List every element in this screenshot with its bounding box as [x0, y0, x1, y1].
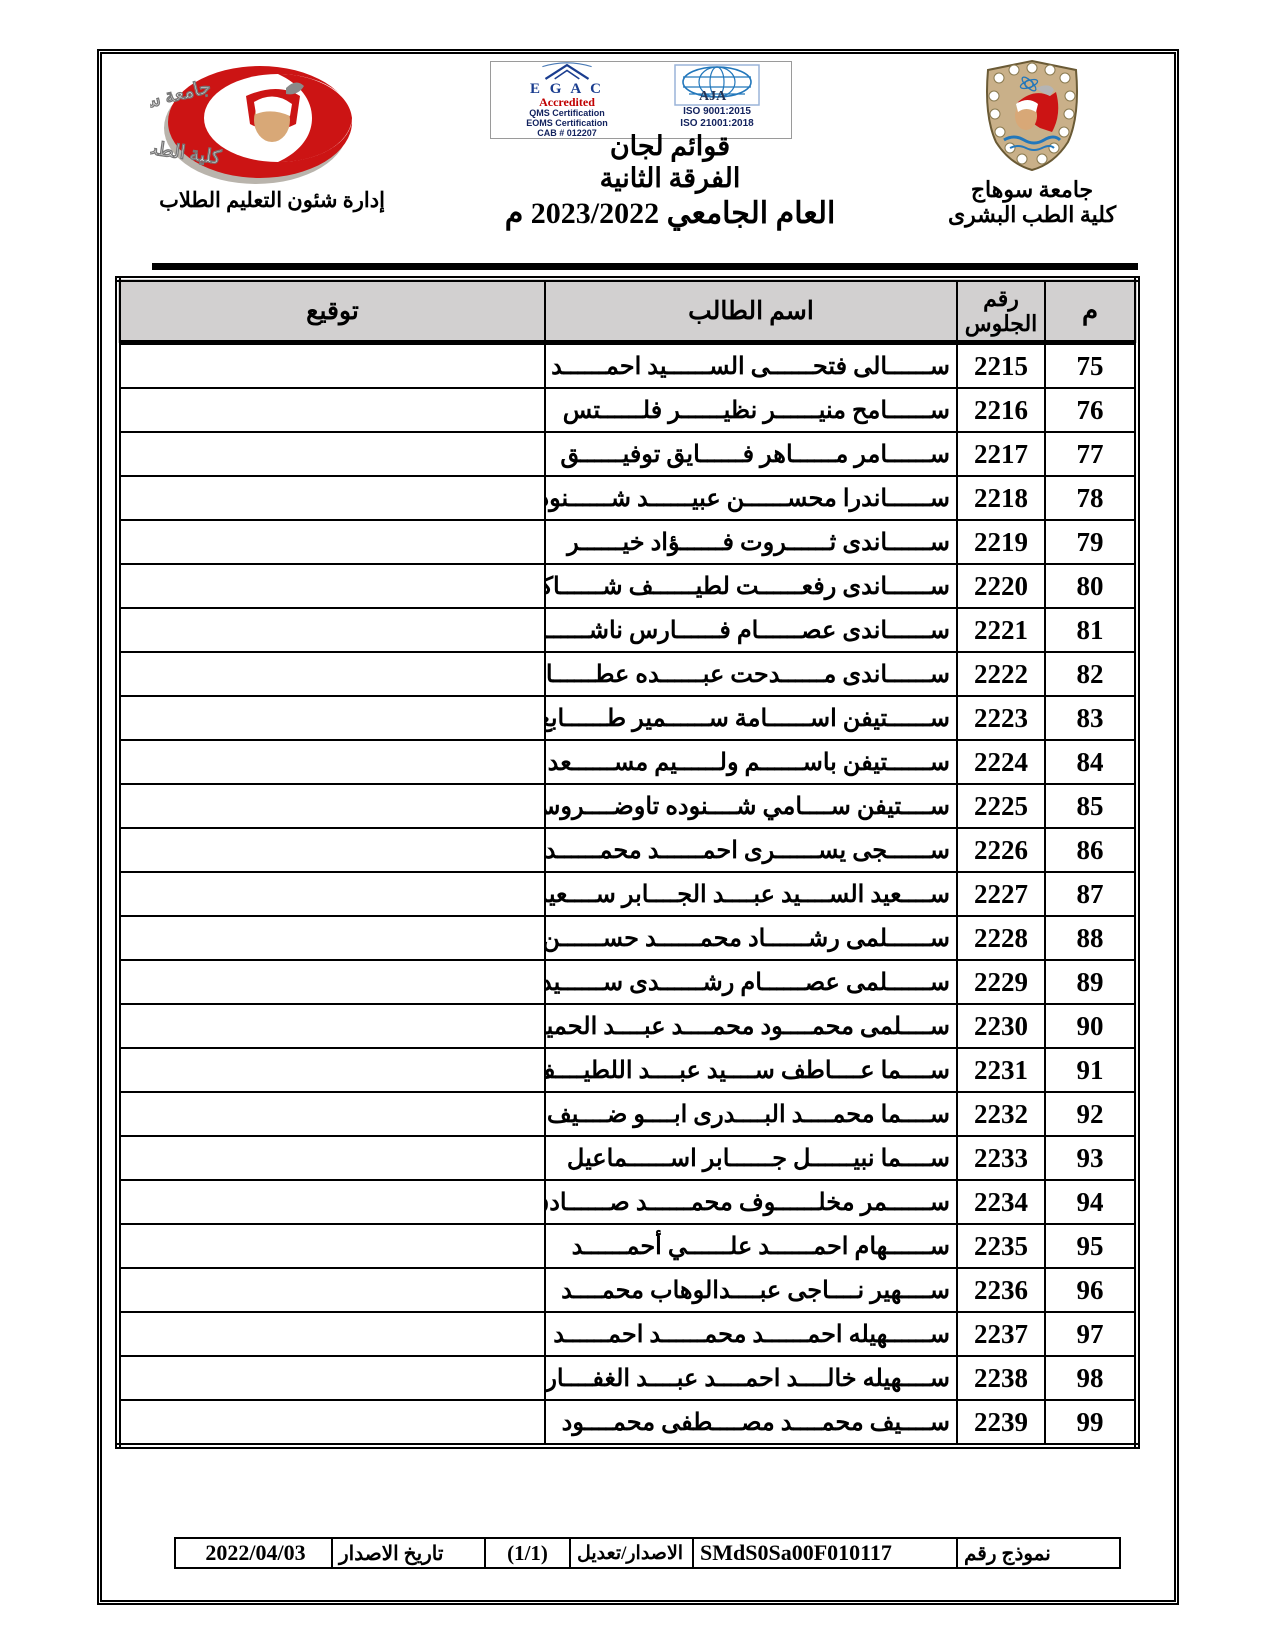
- serial-cell: 99: [1045, 1400, 1137, 1446]
- student-name-cell: ســــــاندى عصــــــام فــــــارس ناشـــ…: [545, 608, 957, 652]
- serial-cell: 90: [1045, 1004, 1137, 1048]
- serial-cell: 97: [1045, 1312, 1137, 1356]
- signature-cell: [118, 1092, 545, 1136]
- page-title: قوائم لجان: [430, 131, 910, 162]
- student-name-cell: ســــــاندى مــــــدحت عبــــــده عطــــ…: [545, 652, 957, 696]
- form-number-code: SMdS0Sa00F010117: [692, 1539, 956, 1567]
- table-row: 762216ســــــامح منيــــــر نظيــــــر ف…: [118, 388, 1137, 432]
- iso-line: ISO 21001:2018: [680, 118, 753, 130]
- student-name-cell: ســــيف محمــــد مصــــطفى محمــــود: [545, 1400, 957, 1446]
- issue-date-label: تاريخ الاصدار: [331, 1539, 484, 1567]
- seat-number-cell: 2235: [957, 1224, 1045, 1268]
- seat-number-cell: 2229: [957, 960, 1045, 1004]
- signature-cell: [118, 1048, 545, 1092]
- table-row: 852225ســــتيفن ســــامي شــــنوده تاوضـ…: [118, 784, 1137, 828]
- seat-number-cell: 2218: [957, 476, 1045, 520]
- signature-cell: [118, 608, 545, 652]
- faculty-crescent-logo: جامعة سوهاج كلية الطب: [150, 58, 370, 190]
- seat-number-cell: 2226: [957, 828, 1045, 872]
- table-row: 982238ســــهيله خالــــد احمــــد عبــــ…: [118, 1356, 1137, 1400]
- seat-number-cell: 2233: [957, 1136, 1045, 1180]
- table-row: 862226ســــــجى يســــــرى احمــــــد مح…: [118, 828, 1137, 872]
- table-row: 792219ســــــاندى ثــــــروت فــــــؤاد …: [118, 520, 1137, 564]
- serial-cell: 95: [1045, 1224, 1137, 1268]
- egac-cert-line: EOMS Certification: [526, 118, 608, 128]
- student-name-cell: ســــــلمى عصــــــام رشــــــدى ســــــ…: [545, 960, 957, 1004]
- table-row: 902230ســــلمى محمــــود محمــــد عبــــ…: [118, 1004, 1137, 1048]
- table-row: 842224ســــــتيفن باســــــم ولــــــيم …: [118, 740, 1137, 784]
- table-row: 932233ســــما نبيــــــل جــــــابر اســ…: [118, 1136, 1137, 1180]
- table-row: 962236ســــهير نــــاجى عبــــدالوهاب مح…: [118, 1268, 1137, 1312]
- seat-number-cell: 2234: [957, 1180, 1045, 1224]
- table-row: 772217ســــــامر مــــــاهر فــــــايق ت…: [118, 432, 1137, 476]
- serial-cell: 96: [1045, 1268, 1137, 1312]
- signature-cell: [118, 652, 545, 696]
- seat-number-cell: 2223: [957, 696, 1045, 740]
- table-row: 802220ســــــاندى رفعــــــت لطيــــــف …: [118, 564, 1137, 608]
- signature-cell: [118, 1356, 545, 1400]
- table-row: 912231ســــما عــــاطف ســــيد عبــــد ا…: [118, 1048, 1137, 1092]
- table-row: 782218ســــــاندرا محســــــن عبيــــــد…: [118, 476, 1137, 520]
- signature-cell: [118, 1004, 545, 1048]
- signature-cell: [118, 388, 545, 432]
- student-name-cell: ســــــتيفن باســــــم ولــــــيم مســــ…: [545, 740, 957, 784]
- signature-cell: [118, 1224, 545, 1268]
- student-name-cell: ســــــهام احمــــــد علــــــي أحمـــــ…: [545, 1224, 957, 1268]
- seat-number-cell: 2217: [957, 432, 1045, 476]
- student-name-cell: ســــهيله خالــــد احمــــد عبــــد الغف…: [545, 1356, 957, 1400]
- table-row: 882228ســــــلمى رشــــــاد محمــــــد ح…: [118, 916, 1137, 960]
- student-name-cell: ســــعيد الســــيد عبــــد الجــــابر سـ…: [545, 872, 957, 916]
- header-divider-rule: [152, 263, 1138, 270]
- egac-accreditation: E G A C Accredited QMS Certification EOM…: [491, 62, 643, 138]
- student-committee-table: م رقم الجلوس اسم الطالب توقيع 752215ســـ…: [115, 276, 1140, 1449]
- seat-number-cell: 2219: [957, 520, 1045, 564]
- serial-cell: 79: [1045, 520, 1137, 564]
- serial-column-header: م: [1045, 279, 1137, 343]
- seat-number-cell: 2230: [957, 1004, 1045, 1048]
- student-name-cell: ســــــامح منيــــــر نظيــــــر فلـــــ…: [545, 388, 957, 432]
- seat-number-cell: 2215: [957, 343, 1045, 389]
- signature-cell: [118, 1136, 545, 1180]
- seat-number-cell: 2231: [957, 1048, 1045, 1092]
- table-row: 872227ســــعيد الســــيد عبــــد الجــــ…: [118, 872, 1137, 916]
- serial-cell: 87: [1045, 872, 1137, 916]
- egac-name: E G A C: [530, 82, 604, 96]
- serial-cell: 89: [1045, 960, 1137, 1004]
- serial-cell: 88: [1045, 916, 1137, 960]
- student-name-cell: ســــــجى يســــــرى احمــــــد محمـــــ…: [545, 828, 957, 872]
- table-row: 942234ســــــمر مخلــــــوف محمــــــد ص…: [118, 1180, 1137, 1224]
- signature-cell: [118, 696, 545, 740]
- serial-cell: 80: [1045, 564, 1137, 608]
- student-name-cell: ســــما نبيــــــل جــــــابر اســــــما…: [545, 1136, 957, 1180]
- form-footer-bar: نموذج رقم SMdS0Sa00F010117 الاصدار/تعديل…: [174, 1537, 1121, 1569]
- serial-cell: 77: [1045, 432, 1137, 476]
- student-name-column-header: اسم الطالب: [545, 279, 957, 343]
- table-header-row: م رقم الجلوس اسم الطالب توقيع: [118, 279, 1137, 343]
- serial-cell: 84: [1045, 740, 1137, 784]
- signature-cell: [118, 784, 545, 828]
- seat-number-cell: 2232: [957, 1092, 1045, 1136]
- faculty-name: كلية الطب البشرى: [942, 202, 1122, 227]
- student-name-cell: ســــــلمى رشــــــاد محمــــــد حســـــ…: [545, 916, 957, 960]
- signature-cell: [118, 564, 545, 608]
- signature-cell: [118, 1312, 545, 1356]
- serial-cell: 98: [1045, 1356, 1137, 1400]
- seat-number-cell: 2225: [957, 784, 1045, 828]
- seat-number-cell: 2236: [957, 1268, 1045, 1312]
- seat-number-column-header: رقم الجلوس: [957, 279, 1045, 343]
- signature-cell: [118, 960, 545, 1004]
- table-row: 972237ســــــهيله احمــــــد محمــــــد …: [118, 1312, 1137, 1356]
- student-name-cell: ســــهير نــــاجى عبــــدالوهاب محمــــد: [545, 1268, 957, 1312]
- document-titles: قوائم لجان الفرقة الثانية العام الجامعي …: [430, 131, 910, 233]
- signature-cell: [118, 1268, 545, 1312]
- signature-cell: [118, 343, 545, 389]
- signature-cell: [118, 828, 545, 872]
- signature-cell: [118, 872, 545, 916]
- signature-column-header: توقيع: [118, 279, 545, 343]
- signature-cell: [118, 520, 545, 564]
- serial-cell: 91: [1045, 1048, 1137, 1092]
- issue-date-value: 2022/04/03: [180, 1539, 331, 1567]
- egac-accredited-label: Accredited: [539, 96, 595, 108]
- serial-cell: 82: [1045, 652, 1137, 696]
- table-row: 952235ســــــهام احمــــــد علــــــي أح…: [118, 1224, 1137, 1268]
- student-name-cell: ســــــاندرا محســــــن عبيــــــد شــــ…: [545, 476, 957, 520]
- iso-line: ISO 9001:2015: [683, 106, 751, 118]
- serial-cell: 83: [1045, 696, 1137, 740]
- seat-number-cell: 2216: [957, 388, 1045, 432]
- department-label: إدارة شئون التعليم الطلاب: [132, 188, 412, 213]
- seat-number-cell: 2222: [957, 652, 1045, 696]
- aja-certification: AJA ISO 9001:2015 ISO 21001:2018: [643, 62, 791, 138]
- certification-box: E G A C Accredited QMS Certification EOM…: [490, 61, 792, 139]
- serial-cell: 85: [1045, 784, 1137, 828]
- egac-pyramid-icon: [527, 62, 607, 82]
- egac-cert-line: QMS Certification: [529, 108, 605, 118]
- serial-cell: 93: [1045, 1136, 1137, 1180]
- serial-cell: 81: [1045, 608, 1137, 652]
- signature-cell: [118, 1400, 545, 1446]
- table-row: 822222ســــــاندى مــــــدحت عبــــــده …: [118, 652, 1137, 696]
- student-name-cell: ســــــهيله احمــــــد محمــــــد احمـــ…: [545, 1312, 957, 1356]
- serial-cell: 76: [1045, 388, 1137, 432]
- serial-cell: 78: [1045, 476, 1137, 520]
- svg-text:AJA: AJA: [699, 89, 727, 104]
- aja-globe-icon: AJA: [669, 64, 765, 106]
- academic-year-title: العام الجامعي 2023/2022 م: [430, 195, 910, 233]
- serial-cell: 75: [1045, 343, 1137, 389]
- table-row: 752215ســــــالى فتحــــــى الســــــيد …: [118, 343, 1137, 389]
- crescent-icon: جامعة سوهاج كلية الطب: [150, 58, 370, 190]
- table-row: 992239ســــيف محمــــد مصــــطفى محمــــ…: [118, 1400, 1137, 1446]
- serial-cell: 94: [1045, 1180, 1137, 1224]
- student-name-cell: ســــــمر مخلــــــوف محمــــــد صــــــ…: [545, 1180, 957, 1224]
- student-name-cell: ســــما محمــــد البــــدرى ابــــو ضـــ…: [545, 1092, 957, 1136]
- seat-number-cell: 2224: [957, 740, 1045, 784]
- signature-cell: [118, 916, 545, 960]
- seat-number-cell: 2238: [957, 1356, 1045, 1400]
- signature-cell: [118, 740, 545, 784]
- student-name-cell: ســــتيفن ســــامي شــــنوده تاوضــــروس: [545, 784, 957, 828]
- seat-number-cell: 2237: [957, 1312, 1045, 1356]
- serial-cell: 86: [1045, 828, 1137, 872]
- table-row: 812221ســــــاندى عصــــــام فــــــارس …: [118, 608, 1137, 652]
- university-shield-icon: [974, 58, 1090, 172]
- university-block: جامعة سوهاج كلية الطب البشرى: [942, 58, 1122, 227]
- student-name-cell: ســــــاندى ثــــــروت فــــــؤاد خيــــ…: [545, 520, 957, 564]
- issue-revision-label: الاصدار/تعديل: [569, 1539, 692, 1567]
- document-page: جامعة سوهاج كلية الطب إدارة شئون التعليم…: [0, 0, 1275, 1650]
- signature-cell: [118, 1180, 545, 1224]
- student-name-cell: ســــما عــــاطف ســــيد عبــــد اللطيــ…: [545, 1048, 957, 1092]
- student-name-cell: ســــــتيفن اســــــامة ســــــمير طــــ…: [545, 696, 957, 740]
- student-name-cell: ســــــامر مــــــاهر فــــــايق توفيـــ…: [545, 432, 957, 476]
- issue-revision-value: (1/1): [484, 1539, 569, 1567]
- university-name: جامعة سوهاج: [942, 177, 1122, 202]
- table-row: 892229ســــــلمى عصــــــام رشــــــدى س…: [118, 960, 1137, 1004]
- signature-cell: [118, 476, 545, 520]
- student-name-cell: ســــــاندى رفعــــــت لطيــــــف شـــــ…: [545, 564, 957, 608]
- table-row: 922232ســــما محمــــد البــــدرى ابــــ…: [118, 1092, 1137, 1136]
- serial-cell: 92: [1045, 1092, 1137, 1136]
- grade-title: الفرقة الثانية: [430, 162, 910, 195]
- signature-cell: [118, 432, 545, 476]
- seat-number-cell: 2228: [957, 916, 1045, 960]
- seat-number-cell: 2227: [957, 872, 1045, 916]
- table-row: 832223ســــــتيفن اســــــامة ســــــمير…: [118, 696, 1137, 740]
- student-name-cell: ســــلمى محمــــود محمــــد عبــــد الحم…: [545, 1004, 957, 1048]
- seat-number-cell: 2220: [957, 564, 1045, 608]
- student-name-cell: ســــــالى فتحــــــى الســــــيد احمـــ…: [545, 343, 957, 389]
- seat-number-cell: 2239: [957, 1400, 1045, 1446]
- form-number-label: نموذج رقم: [956, 1539, 1119, 1567]
- seat-number-cell: 2221: [957, 608, 1045, 652]
- student-table-body: 752215ســــــالى فتحــــــى الســــــيد …: [118, 343, 1137, 1447]
